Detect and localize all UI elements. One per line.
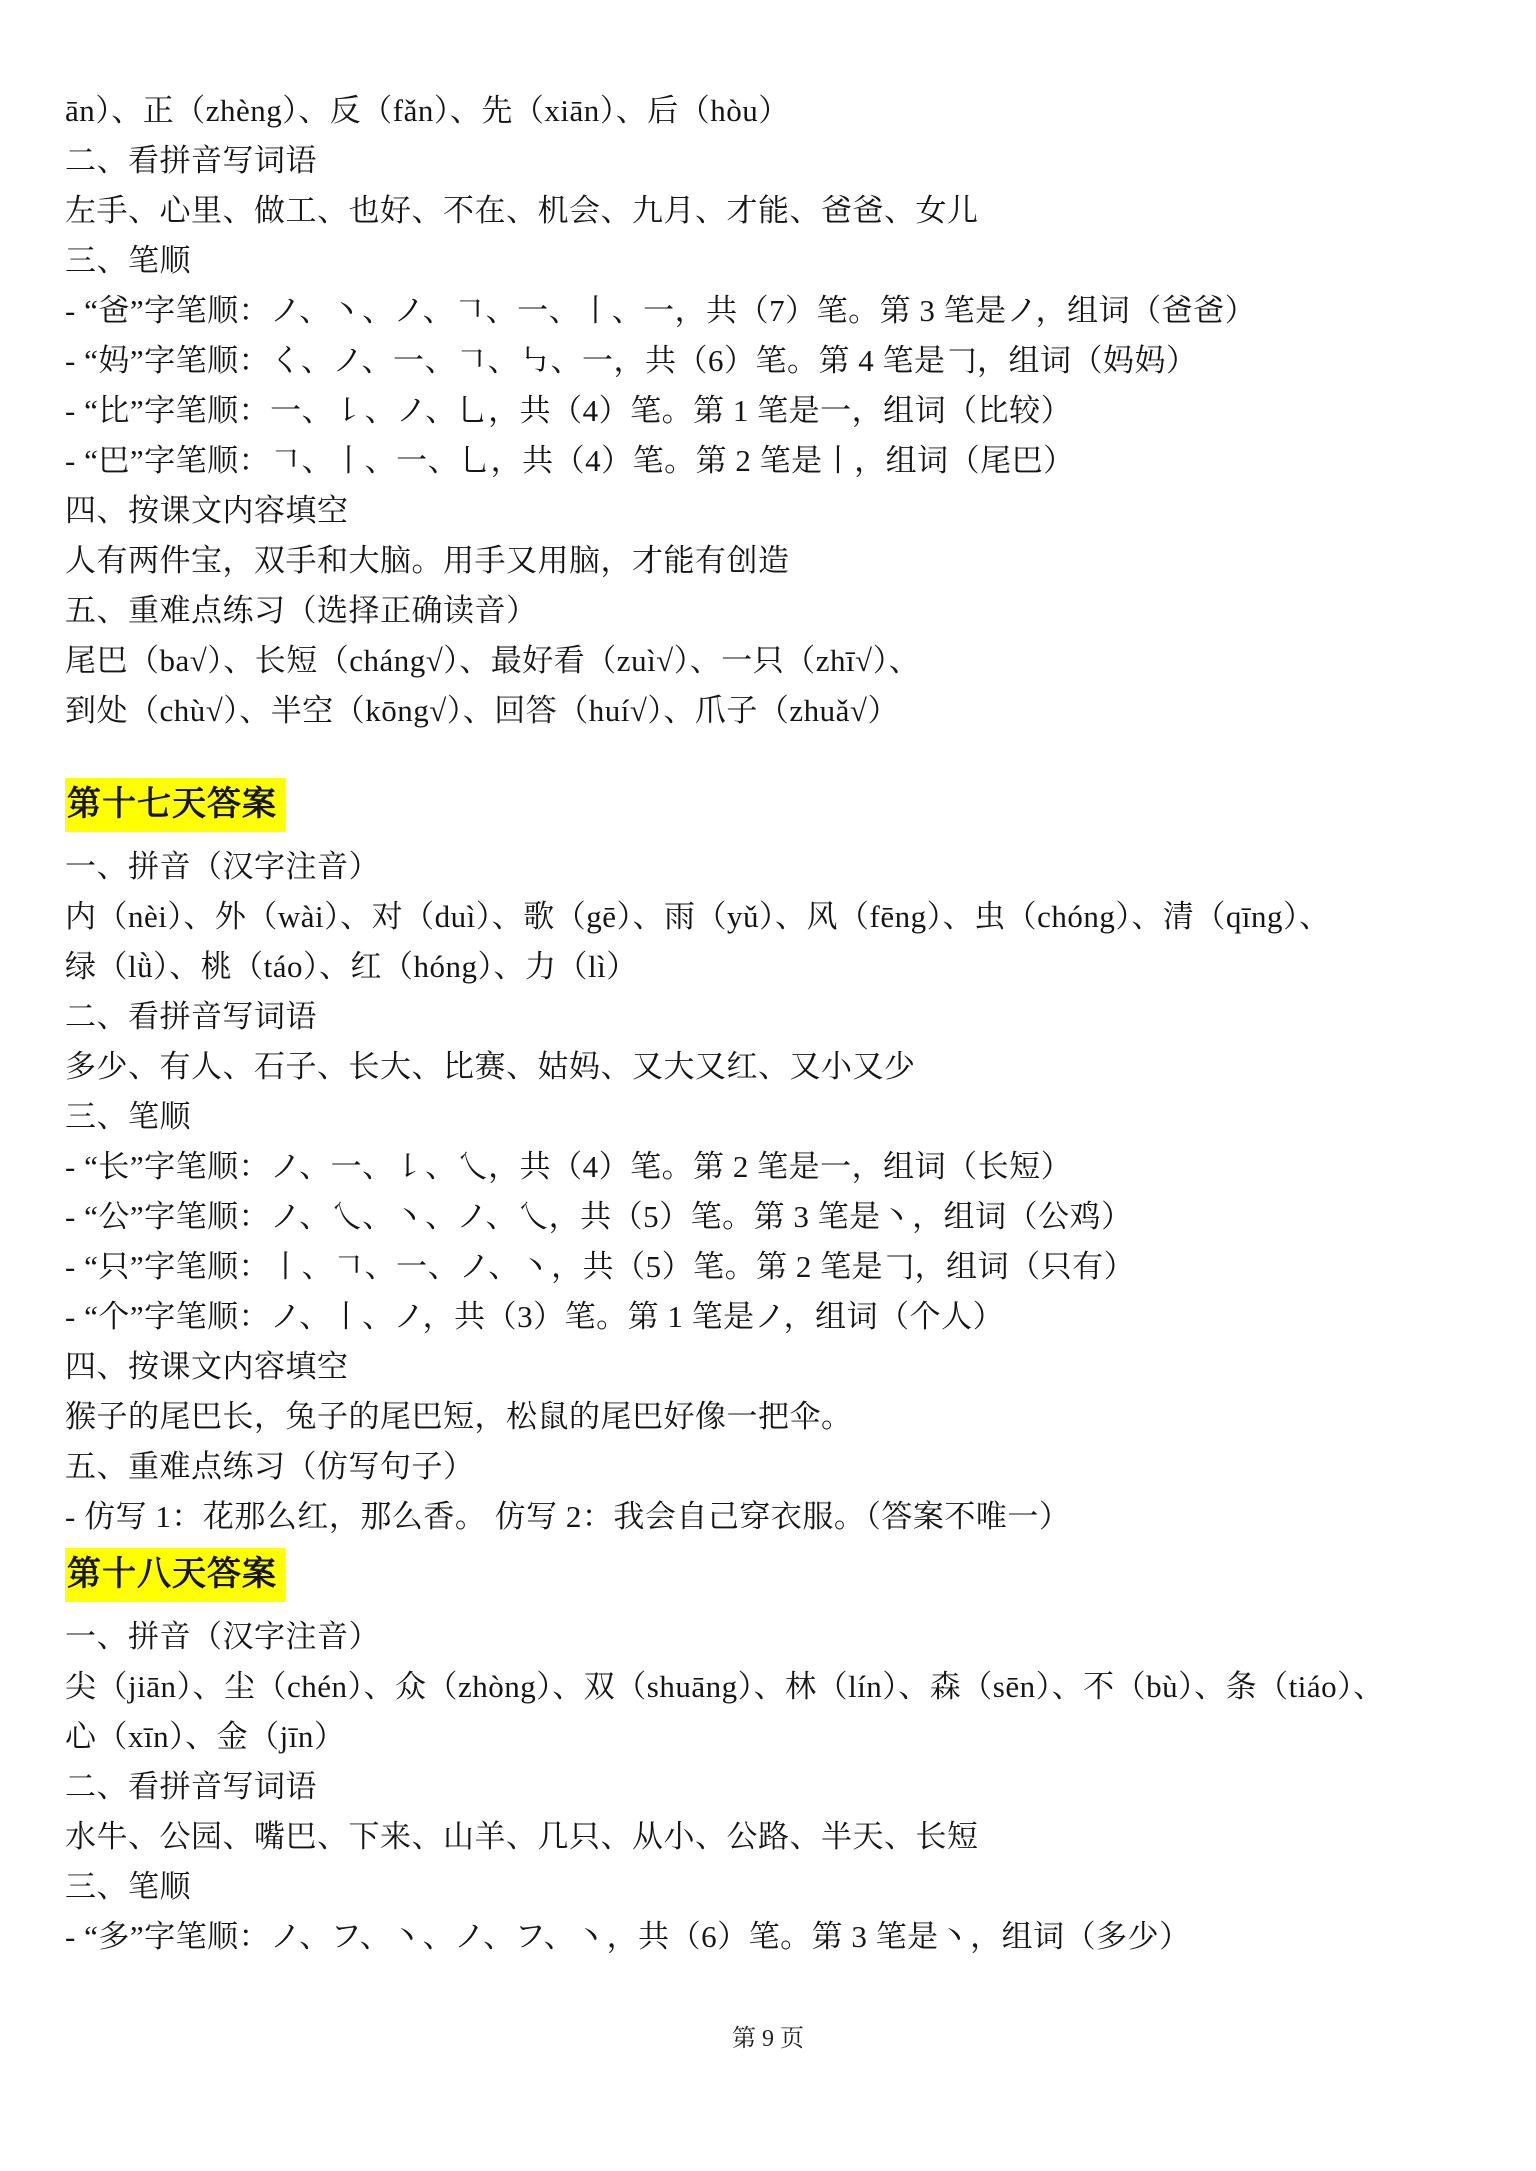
section-heading-fill-blanks: 四、按课文内容填空	[65, 486, 1496, 536]
day17-heading-row: 第十七天答案	[65, 778, 1496, 842]
day17-answers-heading: 第十七天答案	[65, 778, 285, 832]
text-line: 猴子的尾巴长，兔子的尾巴短，松鼠的尾巴好像一把伞。	[65, 1392, 1496, 1442]
text-line: ān）、正（zhèng）、反（fǎn）、先（xiān）、后（hòu）	[65, 86, 1496, 136]
section-heading-stroke-order: 三、笔顺	[65, 1092, 1496, 1142]
section-heading-pinyin: 一、拼音（汉字注音）	[65, 1612, 1496, 1662]
document-page: ān）、正（zhèng）、反（fǎn）、先（xiān）、后（hòu） 二、看拼音…	[0, 0, 1536, 2171]
stroke-order-line-chang2: - “长”字笔顺：ノ、一、㇙、乀，共（4）笔。第 2 笔是一，组词（长短）	[65, 1142, 1496, 1192]
section-heading-fill-blanks: 四、按课文内容填空	[65, 1342, 1496, 1392]
section-heading-key-practice: 五、重难点练习（仿写句子）	[65, 1442, 1496, 1492]
stroke-order-line-gong1: - “公”字笔顺：ノ、乀、丶、ノ、乀，共（5）笔。第 3 笔是丶，组词（公鸡）	[65, 1192, 1496, 1242]
page-content: ān）、正（zhèng）、反（fǎn）、先（xiān）、后（hòu） 二、看拼音…	[0, 0, 1536, 1962]
section-heading-pinyin-words: 二、看拼音写词语	[65, 136, 1496, 186]
day18-answers-heading: 第十八天答案	[65, 1548, 285, 1602]
text-line: 人有两件宝，双手和大脑。用手又用脑，才能有创造	[65, 536, 1496, 586]
page-number: 第 9 页	[0, 2018, 1536, 2053]
text-line: 多少、有人、石子、长大、比赛、姑妈、又大又红、又小又少	[65, 1042, 1496, 1092]
section-heading-key-practice: 五、重难点练习（选择正确读音）	[65, 586, 1496, 636]
stroke-order-line-ba1: - “巴”字笔顺：𠃍、丨、一、乚，共（4）笔。第 2 笔是丨，组词（尾巴）	[65, 436, 1496, 486]
stroke-order-line-ba4: - “爸”字笔顺：ノ、丶、ノ、𠃍、一、丨、一，共（7）笔。第 3 笔是ノ，组词（…	[65, 286, 1496, 336]
text-line: 到处（chù√）、半空（kōng√）、回答（huí√）、爪子（zhuǎ√）	[65, 686, 1496, 736]
stroke-order-line-duo1: - “多”字笔顺：ノ、フ、丶、ノ、フ、丶，共（6）笔。第 3 笔是丶，组词（多少…	[65, 1912, 1496, 1962]
stroke-order-line-zhi1: - “只”字笔顺：丨、𠃍、一、ノ、丶，共（5）笔。第 2 笔是𠃌，组词（只有）	[65, 1242, 1496, 1292]
text-line: 尾巴（ba√）、长短（cháng√）、最好看（zuì√）、一只（zhī√）、	[65, 636, 1496, 686]
day18-heading-row: 第十八天答案	[65, 1548, 1496, 1612]
stroke-order-line-ma1: - “妈”字笔顺：く、ノ、一、𠃍、㇉、一，共（6）笔。第 4 笔是𠃌，组词（妈妈…	[65, 336, 1496, 386]
section-heading-pinyin-words: 二、看拼音写词语	[65, 1762, 1496, 1812]
text-line: 尖（jiān）、尘（chén）、众（zhòng）、双（shuāng）、林（lín…	[65, 1662, 1496, 1712]
text-line: 左手、心里、做工、也好、不在、机会、九月、才能、爸爸、女儿	[65, 186, 1496, 236]
text-line: 绿（lǜ）、桃（táo）、红（hóng）、力（lì）	[65, 942, 1496, 992]
text-line: 心（xīn）、金（jīn）	[65, 1712, 1496, 1762]
stroke-order-line-bi3: - “比”字笔顺：一、㇙、ノ、乚，共（4）笔。第 1 笔是一，组词（比较）	[65, 386, 1496, 436]
section-heading-stroke-order: 三、笔顺	[65, 1862, 1496, 1912]
section-heading-stroke-order: 三、笔顺	[65, 236, 1496, 286]
text-line: 水牛、公园、嘴巴、下来、山羊、几只、从小、公路、半天、长短	[65, 1812, 1496, 1862]
text-line: - 仿写 1：花那么红，那么香。 仿写 2：我会自己穿衣服。（答案不唯一）	[65, 1492, 1496, 1542]
section-heading-pinyin-words: 二、看拼音写词语	[65, 992, 1496, 1042]
text-line: 内（nèi）、外（wài）、对（duì）、歌（gē）、雨（yǔ）、风（fēng）…	[65, 892, 1496, 942]
stroke-order-line-ge4: - “个”字笔顺：ノ、丨、ノ，共（3）笔。第 1 笔是ノ，组词（个人）	[65, 1292, 1496, 1342]
section-heading-pinyin: 一、拼音（汉字注音）	[65, 842, 1496, 892]
